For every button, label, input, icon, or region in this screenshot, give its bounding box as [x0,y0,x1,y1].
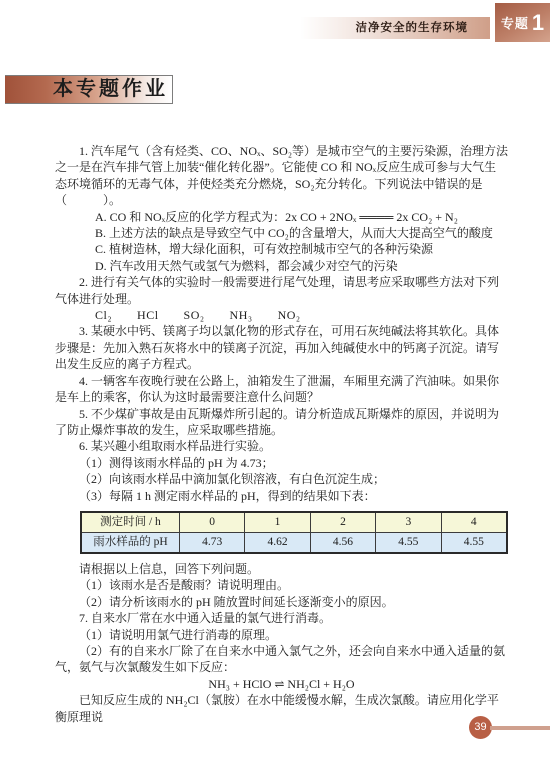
question-paragraph: （1）测得该雨水样品的 pH 为 4.73； [55,455,508,471]
table-cell: 雨水样品的 pH [81,532,179,553]
gas-list-line: Cl₂ HCl SO₂ NH₃ NO₂ [55,307,508,323]
question-paragraph: 4. 一辆客车夜晚行驶在公路上，油箱发生了泄漏，车厢里充满了汽油味。如果你是车上… [55,373,508,406]
section-title: 本专题作业 [5,76,172,102]
table-cell: 3 [376,512,441,533]
unit-badge-label: 专题 [501,13,529,32]
section-title-band: 本专题作业 [5,75,173,104]
questions-block-top: 1. 汽车尾气（含有烃类、CO、NOₓ、SO₂等）是城市空气的主要污染源，治理方… [55,143,508,504]
option-line: B. 上述方法的缺点是导致空气中 CO₂的含量增大，从而大大提高空气的酸度 [55,225,508,241]
table-row: 雨水样品的 pH4.734.624.564.554.55 [81,532,507,553]
option-line: D. 汽车改用天然气或氢气为燃料，都会减少对空气的污染 [55,258,508,274]
question-paragraph: 3. 某硬水中钙、镁离子均以氯化物的形式存在，可用石灰纯碱法将其软化。具体步骤是… [55,323,508,372]
question-paragraph: （2）有的自来水厂除了在自来水中通入氯气之外，还会向自来水中通入适量的氨气，氨气… [55,643,508,676]
question-paragraph: 1. 汽车尾气（含有烃类、CO、NOₓ、SO₂等）是城市空气的主要污染源，治理方… [55,143,508,209]
question-paragraph: （2）向该雨水样品中滴加氯化钡溶液，有白色沉淀生成； [55,471,508,487]
question-paragraph: （1）该雨水是否是酸雨？请说明理由。 [55,577,508,593]
table-cell: 4.55 [376,532,441,553]
page-body: 1. 汽车尾气（含有烃类、CO、NOₓ、SO₂等）是城市空气的主要污染源，治理方… [55,143,508,725]
option-line: A. CO 和 NOₓ反应的化学方程式为：2x CO + 2NOₓ ════ 2… [55,209,508,225]
chapter-title: 洁净安全的生存环境 [300,17,490,39]
table-cell: 测定时间 / h [81,512,179,533]
question-paragraph: （2）请分析该雨水的 pH 随放置时间延长逐渐变小的原因。 [55,594,508,610]
table-row: 测定时间 / h01234 [81,512,507,533]
chemical-equation: NH₃ + HClO ⇌ NH₂Cl + H₂O [55,676,508,692]
table-cell: 4 [441,512,507,533]
table-cell: 0 [179,512,244,533]
table-cell: 4.62 [245,532,310,553]
footer-rule [490,726,550,730]
questions-block-bottom: 请根据以上信息，回答下列问题。（1）该雨水是否是酸雨？请说明理由。（2）请分析该… [55,561,508,725]
ph-measurement-table: 测定时间 / h01234雨水样品的 pH4.734.624.564.554.5… [80,511,508,554]
unit-badge-number: 1 [532,10,544,36]
table-cell: 4.73 [179,532,244,553]
question-paragraph: （1）请说明用氯气进行消毒的原理。 [55,627,508,643]
unit-badge: 专题 1 [495,3,550,42]
table-cell: 1 [245,512,310,533]
question-paragraph: 2. 进行有关气体的实验时一般需要进行尾气处理，请思考应采取哪些方法对下列气体进… [55,274,508,307]
question-paragraph: （3）每隔 1 h 测定雨水样品的 pH，得到的结果如下表： [55,488,508,504]
question-paragraph: 6. 某兴趣小组取雨水样品进行实验。 [55,438,508,454]
table-cell: 4.55 [441,532,507,553]
option-line: C. 植树造林，增大绿化面积，可有效控制城市空气的各种污染源 [55,241,508,257]
question-paragraph: 请根据以上信息，回答下列问题。 [55,561,508,577]
question-paragraph: 7. 自来水厂常在水中通入适量的氯气进行消毒。 [55,610,508,626]
table-cell: 2 [310,512,375,533]
page-number-badge: 39 [469,716,492,739]
table-cell: 4.56 [310,532,375,553]
chapter-header-band: 洁净安全的生存环境 [300,17,490,39]
question-paragraph: 5. 不少煤矿事故是由瓦斯爆炸所引起的。请分析造成瓦斯爆炸的原因，并说明为了防止… [55,406,508,439]
question-paragraph: 已知反应生成的 NH₂Cl（氯胺）在水中能缓慢水解，生成次氯酸。请应用化学平衡原… [55,692,508,725]
